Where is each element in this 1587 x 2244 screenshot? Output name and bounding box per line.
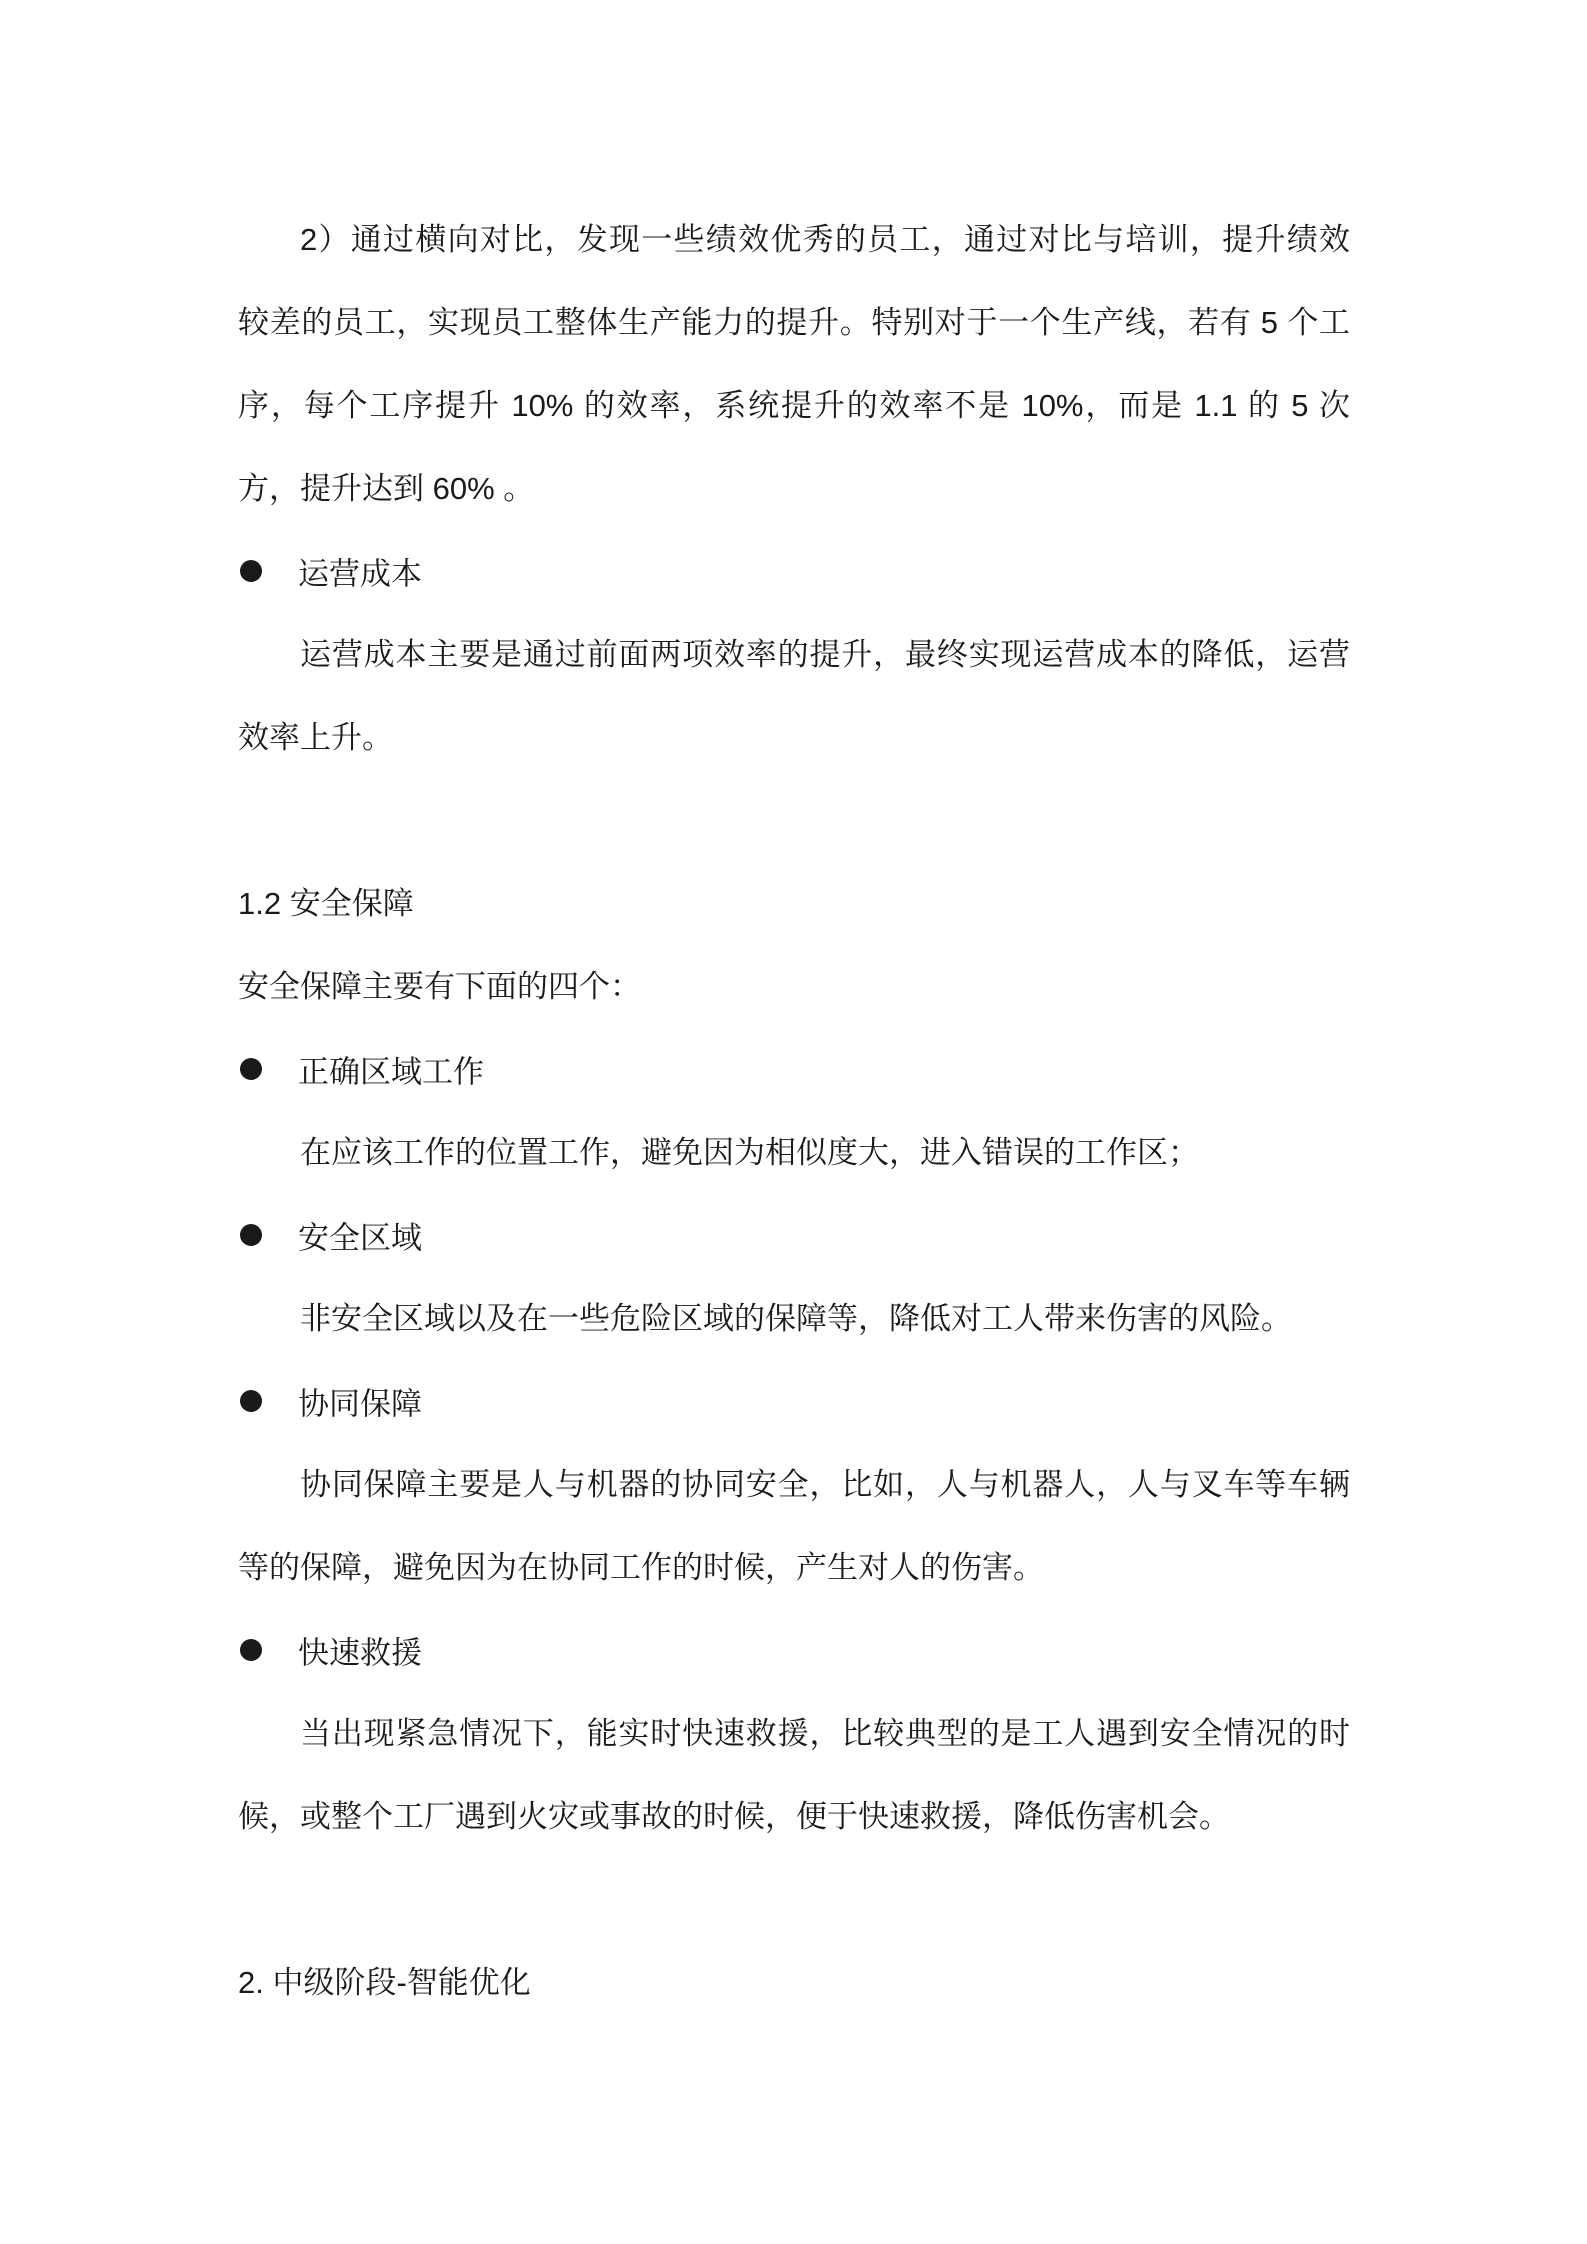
- blank-line: [238, 1858, 1350, 1941]
- text-line: 序，每个工序提升 10% 的效率，系统提升的效率不是 10%，而是 1.1 的 …: [238, 364, 1350, 447]
- text-line: 等的保障，避免因为在协同工作的时候，产生对人的伤害。: [238, 1526, 1350, 1609]
- bullet-label: 正确区域工作: [298, 1054, 484, 1089]
- text-line: 较差的员工，实现员工整体生产能力的提升。特别对于一个生产线，若有 5 个工: [238, 281, 1350, 364]
- bullet-item: 快速救援: [238, 1609, 1350, 1692]
- bullet-item: 正确区域工作: [238, 1028, 1350, 1111]
- text-line: 效率上升。: [238, 696, 1350, 779]
- document-body: 2）通过横向对比，发现一些绩效优秀的员工，通过对比与培训，提升绩效较差的员工，实…: [238, 198, 1350, 2024]
- section-heading: 1.2 安全保障: [238, 862, 1350, 945]
- bullet-icon: [240, 560, 262, 582]
- bullet-label: 安全区域: [298, 1220, 422, 1255]
- text-line: 协同保障主要是人与机器的协同安全，比如，人与机器人，人与叉车等车辆: [238, 1443, 1350, 1526]
- bullet-label: 快速救援: [298, 1635, 422, 1670]
- text-line: 当出现紧急情况下，能实时快速救援，比较典型的是工人遇到安全情况的时: [238, 1692, 1350, 1775]
- bullet-label: 运营成本: [298, 556, 422, 591]
- text-line: 运营成本主要是通过前面两项效率的提升，最终实现运营成本的降低，运营: [238, 613, 1350, 696]
- document-page: 2）通过横向对比，发现一些绩效优秀的员工，通过对比与培训，提升绩效较差的员工，实…: [0, 0, 1587, 2244]
- text-line: 2）通过横向对比，发现一些绩效优秀的员工，通过对比与培训，提升绩效: [238, 198, 1350, 281]
- text-line: 方，提升达到 60% 。: [238, 447, 1350, 530]
- text-line: 非安全区域以及在一些危险区域的保障等，降低对工人带来伤害的风险。: [238, 1277, 1350, 1360]
- bullet-label: 协同保障: [298, 1386, 422, 1421]
- bullet-icon: [240, 1224, 262, 1246]
- bullet-icon: [240, 1390, 262, 1412]
- bullet-icon: [240, 1058, 262, 1080]
- section-heading: 2. 中级阶段-智能优化: [238, 1941, 1350, 2024]
- text-line: 在应该工作的位置工作，避免因为相似度大，进入错误的工作区；: [238, 1111, 1350, 1194]
- bullet-icon: [240, 1639, 262, 1661]
- bullet-item: 安全区域: [238, 1194, 1350, 1277]
- bullet-item: 运营成本: [238, 530, 1350, 613]
- text-line: 安全保障主要有下面的四个：: [238, 945, 1350, 1028]
- bullet-item: 协同保障: [238, 1360, 1350, 1443]
- blank-line: [238, 779, 1350, 862]
- text-line: 候，或整个工厂遇到火灾或事故的时候，便于快速救援，降低伤害机会。: [238, 1775, 1350, 1858]
